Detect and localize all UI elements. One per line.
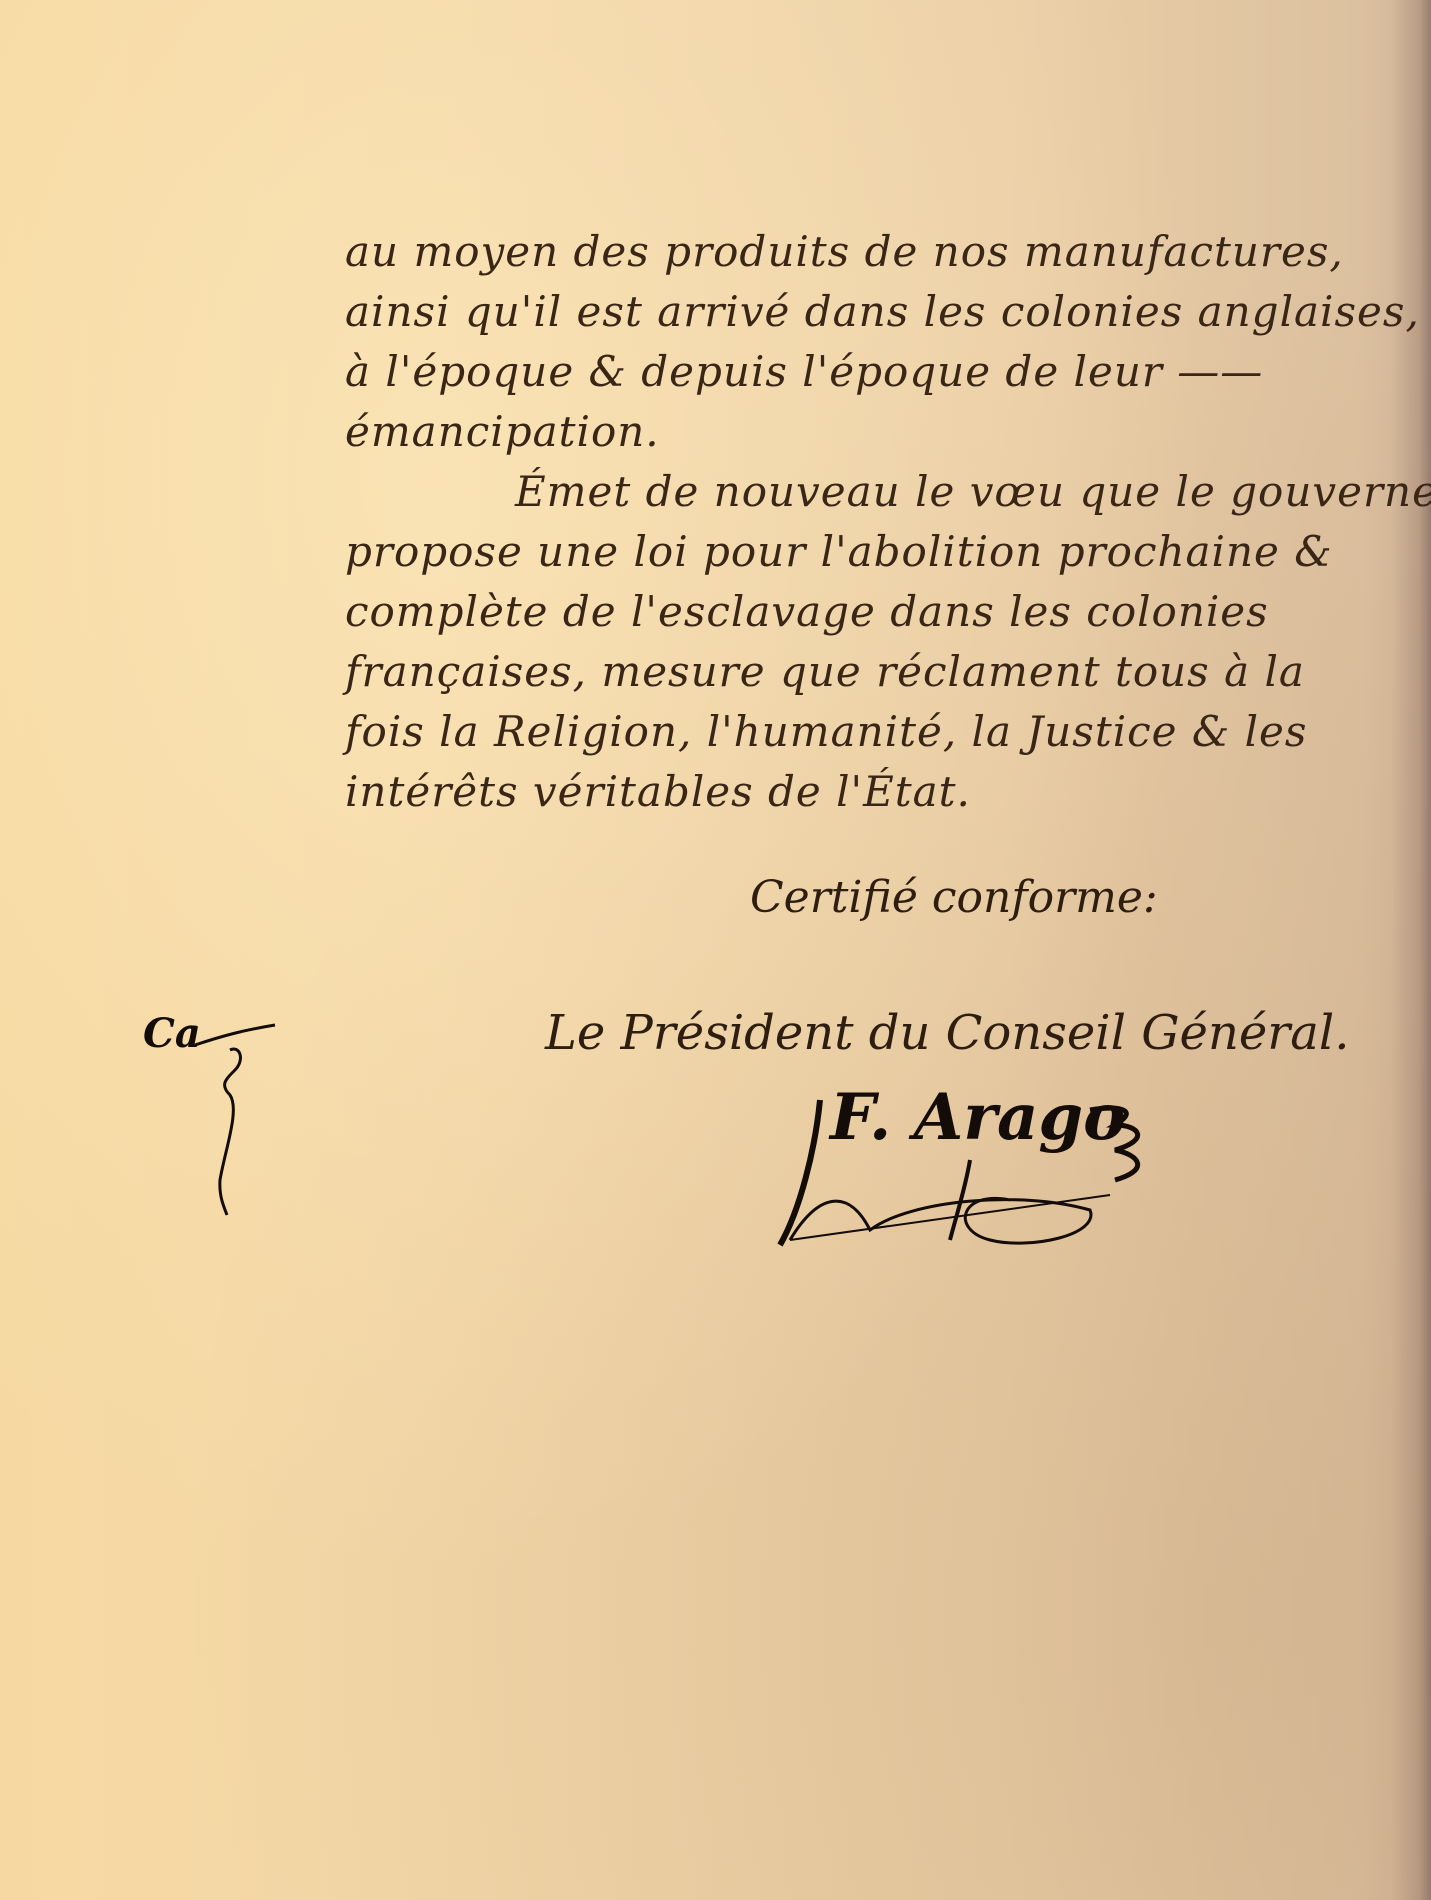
body-line: françaises, mesure que réclament tous à … [345,642,1405,702]
body-text: au moyen des produits de nos manufacture… [345,222,1405,822]
body-line: propose une loi pour l'abolition prochai… [345,522,1405,582]
signature-flourish-icon [760,1070,1220,1250]
ink-bleed-through [1040,90,1340,150]
body-line: complète de l'esclavage dans les colonie… [345,582,1405,642]
signature-arago: F. Arago [760,1070,1220,1250]
body-line: fois la Religion, l'humanité, la Justice… [345,702,1405,762]
body-line: ainsi qu'il est arrivé dans les colonies… [345,282,1405,342]
body-line: au moyen des produits de nos manufacture… [345,222,1405,282]
body-line: émancipation. [345,402,1405,462]
body-line: à l'époque & depuis l'époque de leur —— [345,342,1405,402]
margin-paraphe: Ca [135,990,285,1220]
signatory-title: Le Président du Conseil Général. [545,1005,1349,1061]
manuscript-page: au moyen des produits de nos manufacture… [0,0,1431,1900]
paraphe-flourish-icon [135,990,285,1220]
certification-line: Certifié conforme: [750,872,1158,923]
body-line: Émet de nouveau le vœu que le gouverneme… [345,462,1405,522]
body-line: intérêts véritables de l'État. [345,762,1405,822]
